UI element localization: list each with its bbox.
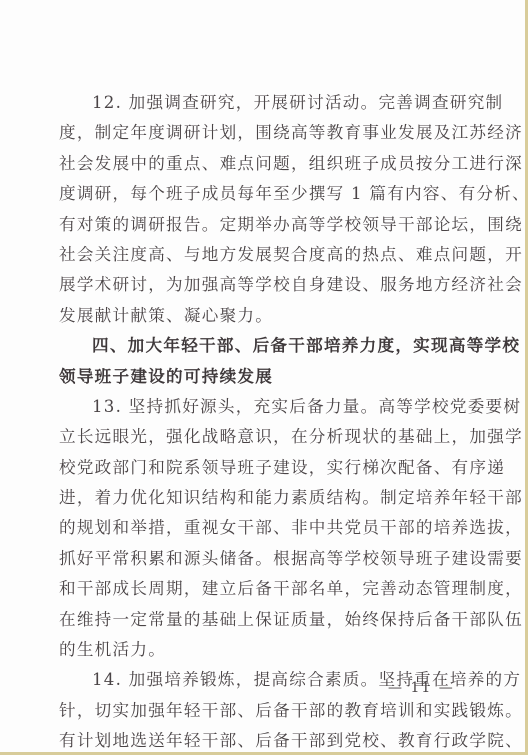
paragraph-12-line: 社会发展中的重点、难点问题，组织班子成员按分工进行深 [59,149,471,179]
paragraph-14-line: 针，切实加强年轻干部、后备干部的教育培训和实践锻炼。 [59,696,471,726]
section-heading-4: 四、加大年轻干部、后备干部培养力度，实现高等学校 [59,331,471,361]
paragraph-13-line: 立长远眼光，强化战略意识，在分析现状的基础上，加强学 [59,422,471,452]
paragraph-12-line: 度调研，每个班子成员每年至少撰写 1 篇有内容、有分析、 [59,179,471,209]
paragraph-12-line: 社会关注度高、与地方发展契合度高的热点、难点问题，开 [59,240,471,270]
paragraph-13-line: 抓好平常积累和源头储备。根据高等学校领导班子建设需要 [59,544,471,574]
paragraph-13-line: 校党政部门和院系领导班子建设，实行梯次配备、有序递 [59,453,471,483]
paragraph-12-line: 展学术研讨，为加强高等学校自身建设、服务地方经济社会 [59,270,471,300]
paragraph-13-line: 和干部成长周期，建立后备干部名单，完善动态管理制度， [59,574,471,604]
document-body: 12. 加强调查研究，开展研讨活动。完善调查研究制 度，制定年度调研计划，围绕高… [59,88,471,755]
paragraph-13-line: 在维持一定常量的基础上保证质量，始终保持后备干部队伍 [59,605,471,635]
paragraph-13-line: 13. 坚持抓好源头，充实后备力量。高等学校党委要树 [59,392,471,422]
page-number: — 11 — [388,680,455,696]
paragraph-13-line: 的规划和举措，重视女干部、非中共党员干部的培养选拔， [59,513,471,543]
paragraph-12-line: 12. 加强调查研究，开展研讨活动。完善调查研究制 [59,88,471,118]
paragraph-12-line: 有对策的调研报告。定期举办高等学校领导干部论坛，围绕 [59,210,471,240]
paragraph-13-line: 的生机活力。 [59,635,471,665]
paragraph-12-line: 度，制定年度调研计划，围绕高等教育事业发展及江苏经济 [59,118,471,148]
paragraph-14-line: 有计划地选送年轻干部、后备干部到党校、教育行政学院、 [59,726,471,755]
paragraph-13-line: 进，着力优化知识结构和能力素质结构。制定培养年轻干部 [59,483,471,513]
section-heading-4: 领导班子建设的可持续发展 [59,362,471,392]
paragraph-12-line: 发展献计献策、凝心聚力。 [59,301,471,331]
